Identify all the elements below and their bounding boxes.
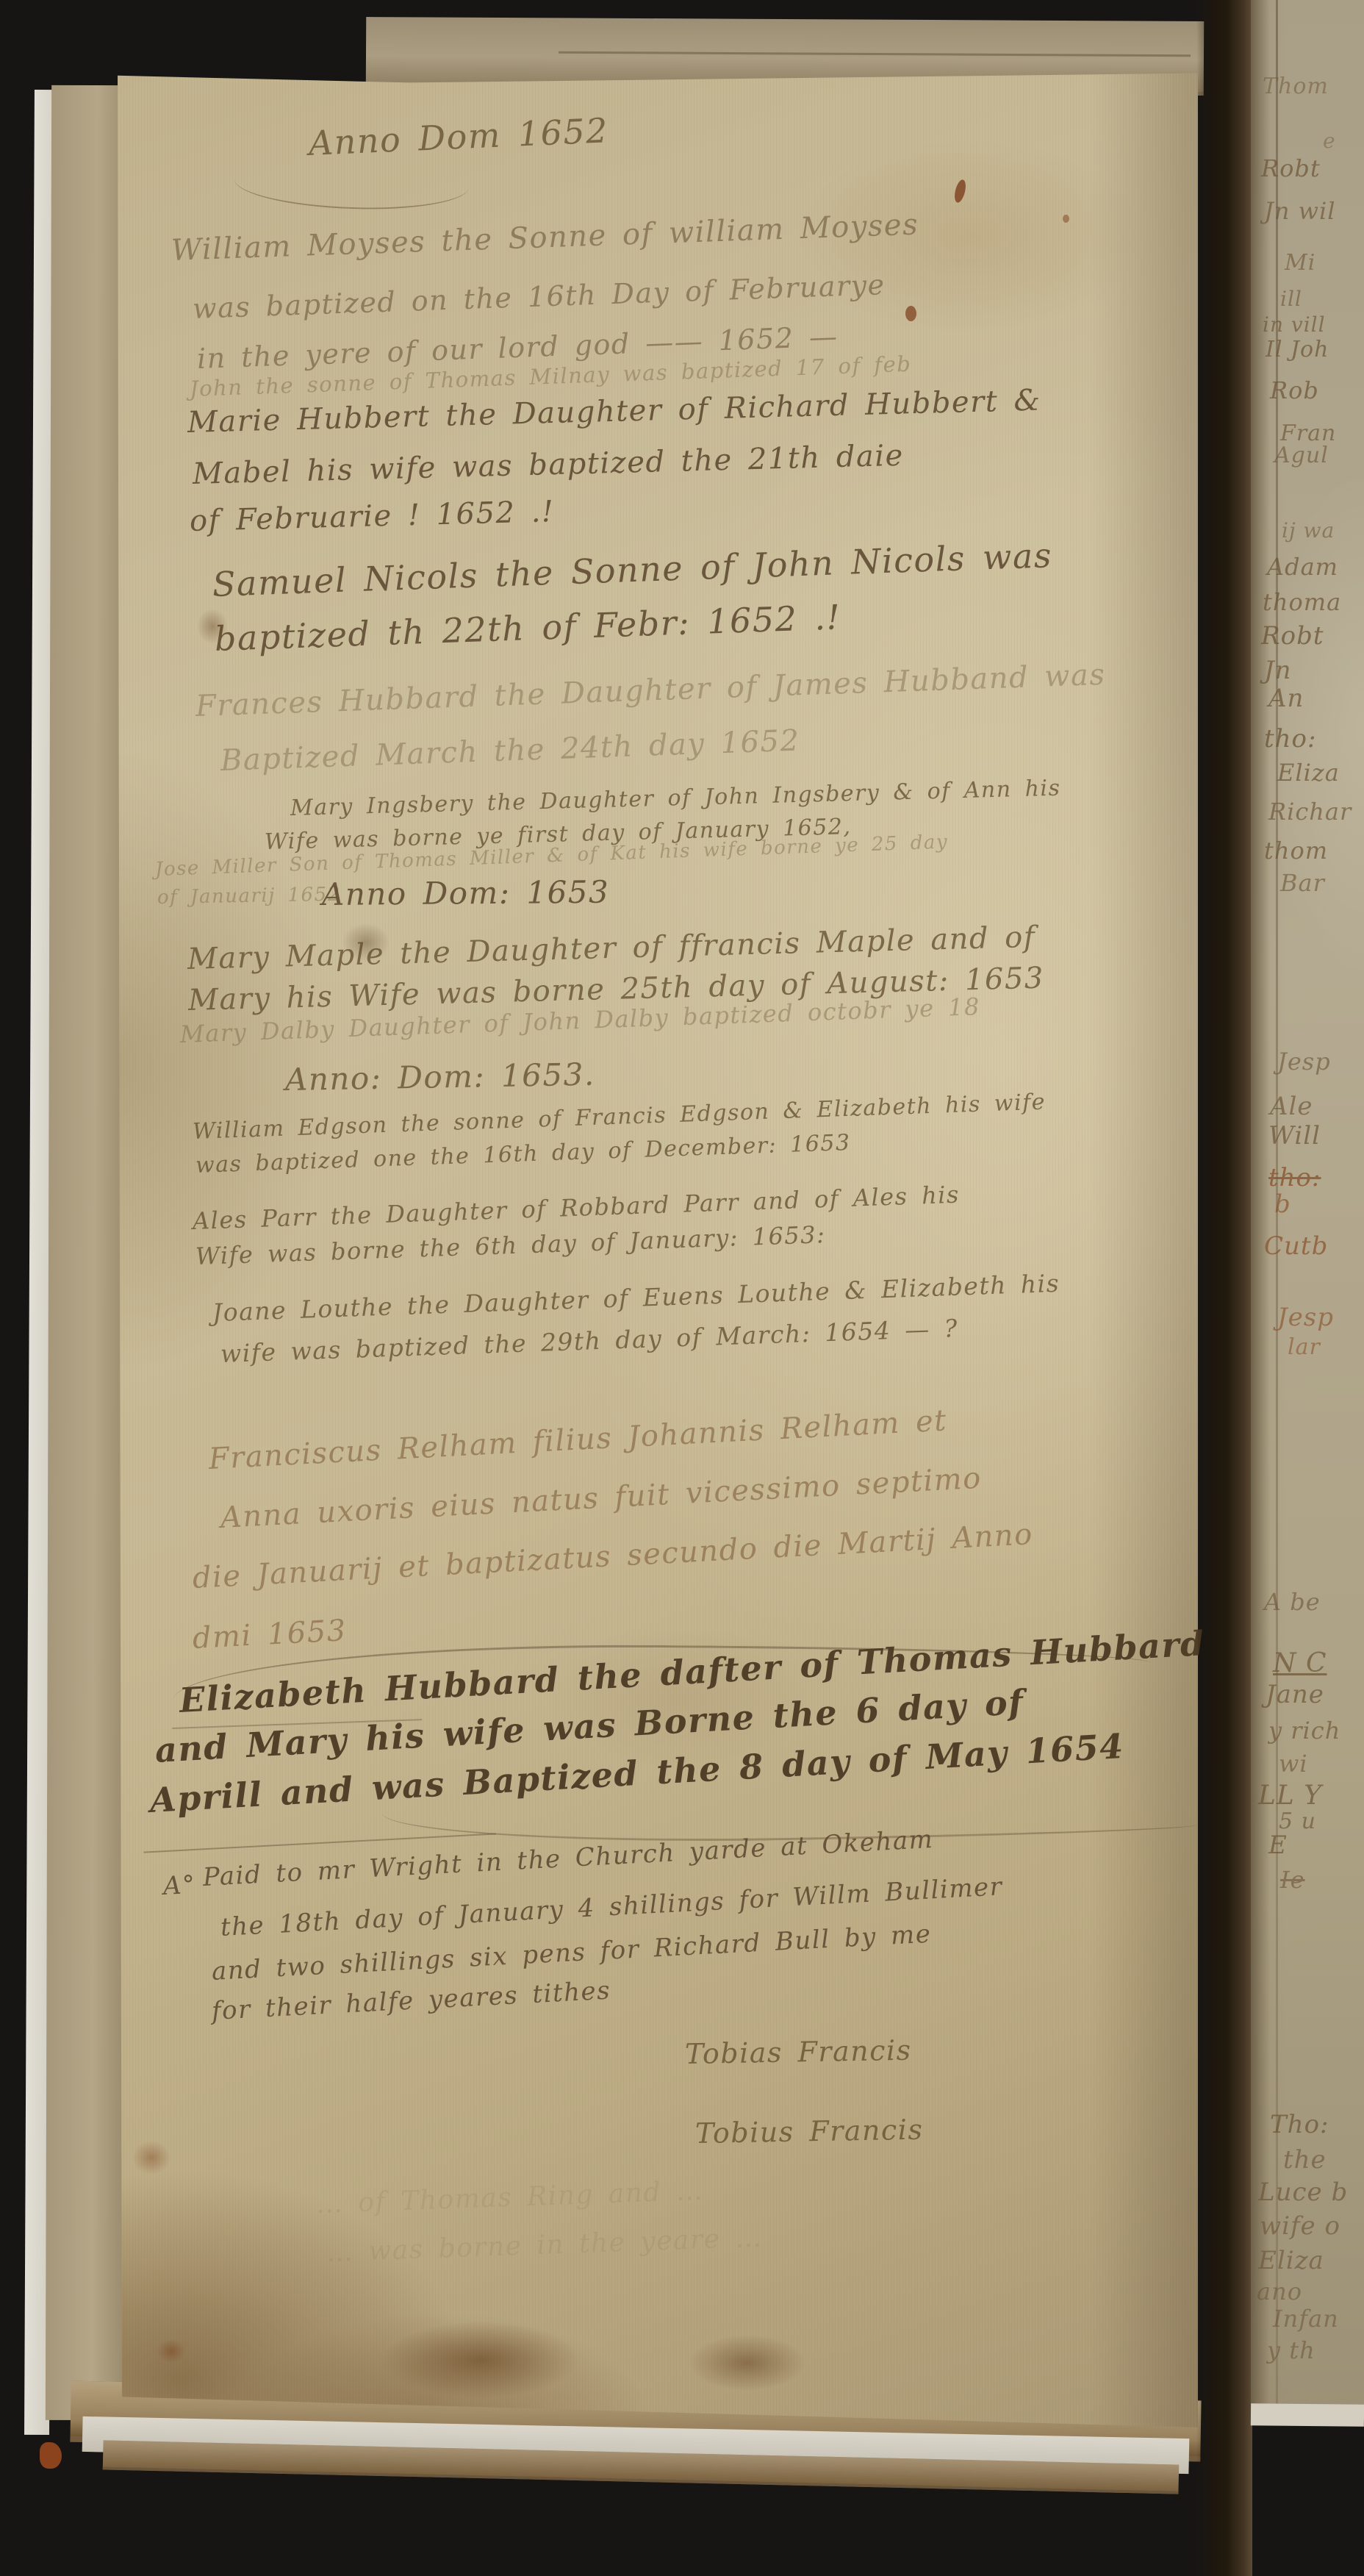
entry-miller-line: of Januarij 1652 xyxy=(157,884,341,909)
binding-gutter xyxy=(1196,0,1252,2576)
facing-page-text-fragment: Ale xyxy=(1270,1092,1313,1121)
facing-page-text-fragment: y th xyxy=(1267,2336,1315,2364)
facing-page-text-fragment: Jn wil xyxy=(1264,197,1335,225)
facing-page-text-fragment: Jn xyxy=(1264,656,1292,685)
facing-page-text-fragment: Bar xyxy=(1280,869,1325,897)
ink-spot xyxy=(1063,215,1069,223)
facing-page-text-fragment: in vill xyxy=(1263,312,1326,337)
facing-page-text-fragment: e xyxy=(1323,129,1336,153)
facing-page-text-fragment: wife o xyxy=(1260,2211,1340,2241)
facing-page-text-fragment: Cutb xyxy=(1264,1231,1328,1261)
facing-page-text-fragment: Richar xyxy=(1268,798,1352,826)
signature: Tobias Francis xyxy=(685,2034,912,2070)
facing-page-text-fragment: E xyxy=(1268,1831,1288,1860)
facing-page-text-fragment: Robt xyxy=(1261,621,1324,651)
facing-page-text-fragment: the xyxy=(1283,2145,1327,2175)
facing-page-text-fragment: thoma xyxy=(1263,588,1341,616)
signature: Tobius Francis xyxy=(695,2114,924,2150)
facing-page-text-fragment: wi xyxy=(1279,1750,1308,1778)
facing-page-text-fragment: b xyxy=(1274,1189,1291,1219)
facing-page-text-fragment: Jesp xyxy=(1277,1048,1331,1076)
memo-prefix: A° xyxy=(162,1870,197,1901)
facing-page-text-fragment: Eliza xyxy=(1277,759,1340,787)
facing-page-text-fragment: An xyxy=(1268,684,1304,713)
facing-page-text-fragment: Infan xyxy=(1273,2305,1339,2333)
facing-page-text-fragment: lar xyxy=(1288,1334,1321,1360)
facing-page-text-fragment: Mi xyxy=(1285,250,1315,276)
under-sheet-tan-edge xyxy=(46,85,128,2420)
facing-page-text-fragment: ano xyxy=(1257,2278,1302,2305)
anno-dom-1653-heading: Anno: Dom: 1653. xyxy=(285,1056,596,1098)
facing-page-text-fragment: tho: xyxy=(1268,1163,1321,1192)
facing-page-text-fragment: Il Joh xyxy=(1266,337,1329,362)
facing-page-text-fragment: ill xyxy=(1280,287,1302,311)
facing-page-text-fragment: Agul xyxy=(1274,443,1329,468)
ink-spot xyxy=(905,306,916,321)
facing-page-edge: Thom e Robt Jn wil Mi ill in vill Il Joh… xyxy=(1251,0,1364,2420)
facing-page-text-fragment: Luce b xyxy=(1258,2178,1348,2207)
red-stain xyxy=(40,2442,62,2469)
facing-page-text-fragment: Eliza xyxy=(1258,2246,1324,2275)
facing-page-text-fragment: Robt xyxy=(1261,154,1321,182)
facing-page-text-fragment: y rich xyxy=(1268,1717,1340,1745)
facing-page-text-fragment: Adam xyxy=(1267,553,1338,581)
manuscript-photo: Anno Dom 1652 William Moyses the Sonne o… xyxy=(0,0,1364,2576)
facing-page-text-fragment: Thom xyxy=(1263,74,1329,99)
facing-page-text-fragment: N C xyxy=(1273,1648,1327,1678)
facing-page-text-fragment: Jane xyxy=(1266,1680,1324,1709)
facing-page-text-fragment: Tho: xyxy=(1270,2110,1329,2139)
facing-page-bottom-edge xyxy=(1251,2403,1364,2427)
facing-page-text-fragment: A be xyxy=(1264,1588,1321,1616)
facing-page-text-fragment: thom xyxy=(1264,837,1328,865)
facing-page-text-fragment: Ie xyxy=(1280,1866,1305,1894)
facing-page-text-fragment: tho: xyxy=(1264,724,1317,754)
facing-page-text-fragment: LL Y xyxy=(1258,1781,1322,1811)
anno-dom-1653-inline: Anno Dom: 1653 xyxy=(322,874,610,912)
facing-page-text-fragment: Jesp xyxy=(1277,1303,1334,1332)
facing-page-text-fragment: ij wa xyxy=(1282,518,1335,543)
facing-page-text-fragment: Rob xyxy=(1270,376,1319,404)
facing-page-text-fragment: Will xyxy=(1268,1121,1321,1151)
